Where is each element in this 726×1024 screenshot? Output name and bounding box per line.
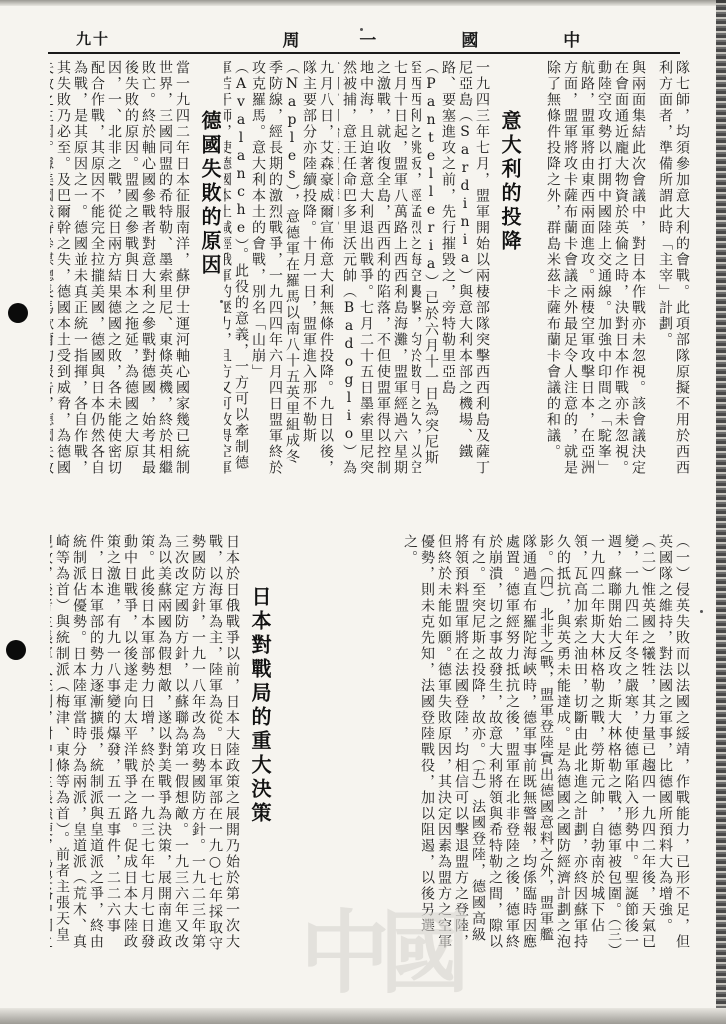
title-char: 周 [268, 26, 314, 51]
paragraph: （一）侵英失敗而以法國之綏靖，作戰能力，已形不足，但英國隊之維持，對法國之軍事，… [401, 534, 690, 954]
page-number: 九十 [76, 28, 110, 49]
text-column-italy-1: 一九四三年七月，盟軍開始以兩棲部隊突擊西西利島及薩丁尼亞島（Sardinia）與… [412, 60, 490, 480]
scanned-page: 九十 周 一 國 中 隊七師，均須參加意大利的會戰。此項部隊原擬不用於西西利方面… [0, 0, 726, 1024]
title-char: 國 [422, 26, 518, 51]
text-column-italy-2: 七月十日起，盟軍八萬路上西西利島海灘，盟軍經過六星期之激戰，就收復全島，西西利的… [338, 60, 408, 480]
page-top-edge [0, 0, 726, 6]
page-header: 九十 周 一 國 中 [48, 24, 680, 52]
scan-speck [220, 300, 223, 303]
punch-hole [8, 303, 28, 323]
paragraph: 日本於日俄戰爭以前，日本大陸政策之展開乃始於第一次大戰，以海軍為主，陸軍為從。日… [50, 534, 240, 954]
page-binding-edge [716, 0, 726, 1024]
magazine-title: 周 一 國 中 [268, 26, 620, 51]
paragraph: 一九四三年七月，盟軍開始以兩棲部隊突擊西西利島及薩丁尼亞島（Sardinia）與… [412, 60, 490, 480]
section-heading-japan: 日本對戰局的重大決策 [246, 586, 275, 866]
title-char: 中 [524, 26, 620, 51]
text-column-top-right-tail: 隊七師，均須參加意大利的會戰。此項部隊原擬不用於西西利方面者，準備所謂此時「主宰… [654, 60, 690, 480]
paragraph: 當一九四二年日本征服南洋，蘇伊士運河軸心國家幾已統制世界，三國同盟的希特勒、墨索… [50, 60, 190, 480]
page-bottom-edge [0, 1008, 726, 1024]
punch-hole [6, 640, 26, 660]
scan-speck [700, 610, 703, 613]
text-column-germany: 當一九四二年日本征服南洋，蘇伊士運河軸心國家幾已統制世界，三國同盟的希特勒、墨索… [50, 60, 190, 480]
paragraph: 九月八日，艾森豪威爾宣佈意大利無條件投降。九日以後，隊主要部分亦陸續投降。十月一… [224, 60, 334, 480]
header-rule [48, 52, 680, 54]
text-column-italy-3: 九月八日，艾森豪威爾宣佈意大利無條件投降。九日以後，隊主要部分亦陸續投降。十月一… [224, 60, 334, 480]
paragraph: 隊七師，均須參加意大利的會戰。此項部隊原擬不用於西西利方面者，準備所謂此時「主宰… [656, 60, 690, 480]
scan-speck [360, 28, 363, 31]
paragraph: 與兩面集結此次會議中，對日本作戰亦未忽視。該會議決定在會面通近龐大物資於英倫之時… [544, 60, 646, 480]
section-heading-italy: 意大利的投降 [496, 110, 525, 370]
paragraph: 七月十日起，盟軍八萬路上西西利島海灘，盟軍經過六星期之激戰，就收復全島，西西利的… [338, 60, 408, 480]
title-char: 一 [320, 26, 416, 51]
text-column-japan: 日本於日俄戰爭以前，日本大陸政策之展開乃始於第一次大戰，以海軍為主，陸軍為從。日… [50, 534, 240, 954]
text-column-germany-causes: （一）侵英失敗而以法國之綏靖，作戰能力，已形不足，但英國隊之維持，對法國之軍事，… [278, 534, 690, 954]
text-column-conference: 與兩面集結此次會議中，對日本作戰亦未忽視。該會議決定在會面通近龐大物資於英倫之時… [528, 60, 646, 480]
section-heading-germany: 德國失敗的原因 [196, 110, 225, 370]
